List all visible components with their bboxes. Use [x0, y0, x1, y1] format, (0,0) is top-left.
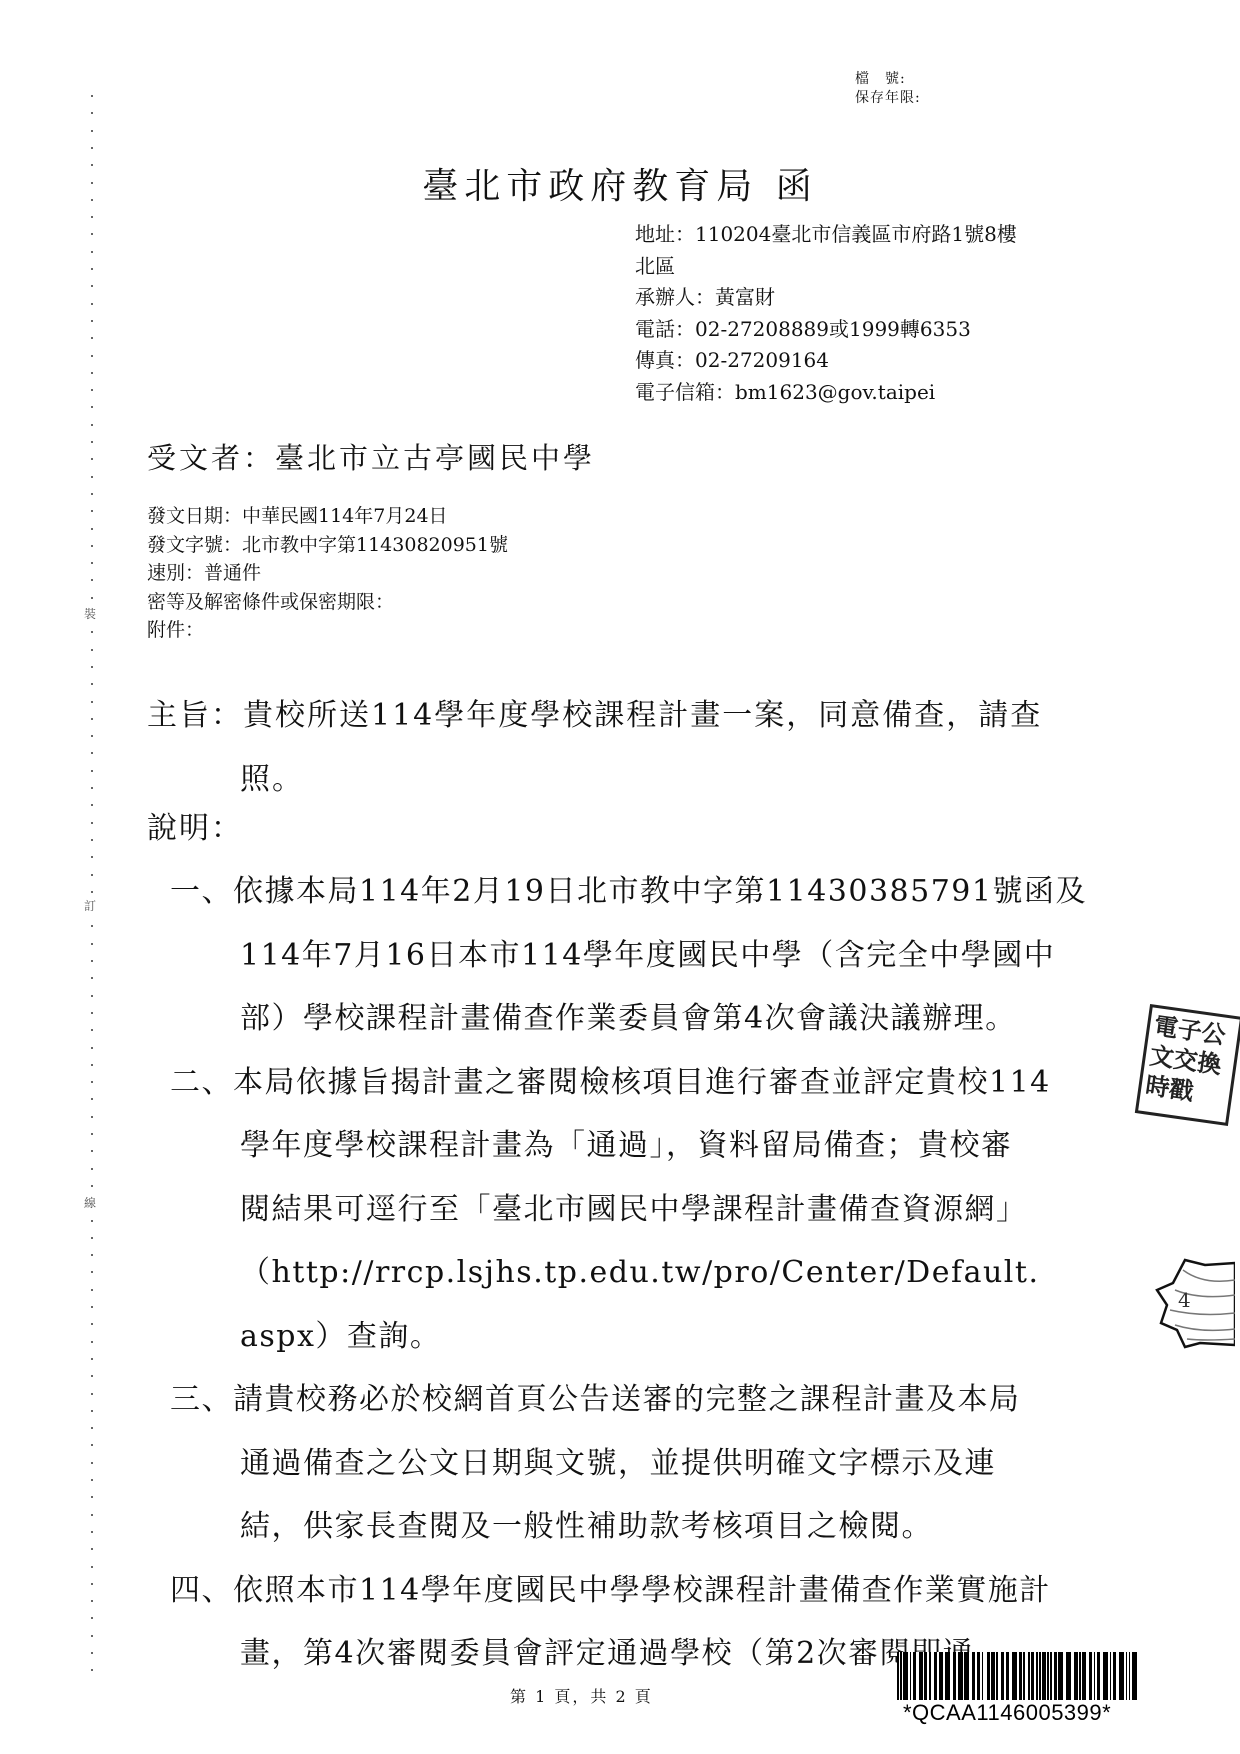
margin-dot	[91, 1323, 93, 1325]
margin-dot	[91, 995, 93, 997]
delivery-speed: 速別：普通件	[147, 559, 508, 588]
margin-dot	[91, 320, 93, 322]
item-line: 三、請貴校務必於校網首頁公告送審的完整之課程計畫及本局	[170, 1368, 1087, 1432]
margin-dot	[91, 1444, 93, 1446]
margin-dot	[91, 770, 93, 772]
issue-date: 發文日期：中華民國114年7月24日	[147, 502, 508, 531]
margin-dot	[91, 891, 93, 893]
margin-dot	[91, 1531, 93, 1533]
margin-dot	[91, 631, 93, 633]
margin-dot	[91, 1635, 93, 1637]
margin-dot	[91, 597, 93, 599]
document-number: 發文字號：北市教中字第11430820951號	[147, 531, 508, 560]
fax-number: 傳真：02-27209164	[635, 345, 1017, 377]
file-number-label: 檔 號:	[855, 70, 921, 89]
margin-dot	[91, 1410, 93, 1412]
document-title: 臺北市政府教育局 函	[0, 158, 1240, 209]
margin-dot	[91, 389, 93, 391]
seal-stamp-icon	[1155, 1255, 1235, 1350]
margin-dot	[91, 130, 93, 132]
phone-number: 電話：02-27208889或1999轉6353	[635, 314, 1017, 346]
explanation-item-1: 一、依據本局114年2月19日北市教中字第11430385791號函及 114年…	[170, 860, 1087, 1051]
barcode-icon	[897, 1652, 1139, 1700]
explanation-header: 說明：	[147, 803, 243, 847]
margin-dot	[91, 1133, 93, 1135]
margin-dot	[91, 476, 93, 478]
stamp-text: 電子公文交換時戳	[1144, 1011, 1228, 1106]
margin-dot	[91, 822, 93, 824]
margin-dot	[91, 406, 93, 408]
margin-dot	[91, 1600, 93, 1602]
item-line: 部）學校課程計畫備查作業委員會第4次會議決議辦理。	[170, 987, 1087, 1051]
margin-dot	[91, 1271, 93, 1273]
binding-mark-zhuang: 裝	[84, 605, 96, 622]
margin-dot	[91, 1116, 93, 1118]
margin-dot	[91, 1427, 93, 1429]
margin-dot	[91, 1168, 93, 1170]
margin-dot	[91, 1514, 93, 1516]
margin-dot	[91, 337, 93, 339]
margin-dot	[91, 1479, 93, 1481]
binding-mark-xian: 線	[84, 1194, 96, 1211]
margin-dot	[91, 1306, 93, 1308]
address-line-1: 地址：110204臺北市信義區市府路1號8樓	[635, 219, 1017, 251]
margin-dot	[91, 493, 93, 495]
margin-dot	[91, 666, 93, 668]
address-line-2: 北區	[635, 251, 1017, 283]
margin-dot	[91, 268, 93, 270]
margin-dot	[91, 1669, 93, 1671]
page-indicator: 第 1 頁，共 2 頁	[510, 1684, 653, 1707]
retention-period-label: 保存年限:	[855, 89, 921, 108]
item-line: 一、依據本局114年2月19日北市教中字第11430385791號函及	[170, 860, 1087, 924]
margin-dot	[91, 701, 93, 703]
subject-line-1: 主旨：貴校所送114學年度學校課程計畫一案，同意備查，請查	[147, 684, 1042, 748]
margin-dot	[91, 960, 93, 962]
margin-dot	[91, 147, 93, 149]
margin-dot	[91, 943, 93, 945]
margin-dot	[91, 1185, 93, 1187]
margin-dot	[91, 718, 93, 720]
margin-dot	[91, 804, 93, 806]
margin-dot	[91, 233, 93, 235]
margin-dot	[91, 1047, 93, 1049]
margin-dot	[91, 424, 93, 426]
margin-dot	[91, 1617, 93, 1619]
item-line: 四、依照本市114學年度國民中學學校課程計畫備查作業實施計	[170, 1559, 1087, 1623]
margin-dot	[91, 1098, 93, 1100]
attachments: 附件：	[147, 616, 508, 645]
margin-dot	[91, 528, 93, 530]
seal-number: 4	[1178, 1288, 1191, 1312]
item-line: 學年度學校課程計畫為「通過」，資料留局備查；貴校審	[170, 1114, 1087, 1178]
explanation-item-3: 三、請貴校務必於校網首頁公告送審的完整之課程計畫及本局 通過備查之公文日期與文號…	[170, 1368, 1087, 1559]
file-info-block: 檔 號: 保存年限:	[855, 70, 921, 108]
margin-dot	[91, 285, 93, 287]
item-line: 二、本局依據旨揭計畫之審閱檢核項目進行審查並評定貴校114	[170, 1051, 1087, 1115]
margin-dot	[91, 510, 93, 512]
margin-dot	[91, 303, 93, 305]
margin-dot	[91, 1064, 93, 1066]
explanation-items: 一、依據本局114年2月19日北市教中字第11430385791號函及 114年…	[170, 860, 1087, 1686]
margin-dot	[91, 683, 93, 685]
binding-margin: 裝 訂 線	[86, 95, 100, 1675]
margin-dot	[91, 1583, 93, 1585]
margin-dot	[91, 562, 93, 564]
margin-dot	[91, 372, 93, 374]
margin-dot	[91, 1012, 93, 1014]
margin-dot	[91, 1289, 93, 1291]
subject-line-2: 照。	[147, 748, 1042, 812]
margin-dot	[91, 251, 93, 253]
document-meta-block: 發文日期：中華民國114年7月24日 發文字號：北市教中字第1143082095…	[147, 502, 508, 645]
margin-dot	[91, 1496, 93, 1498]
electronic-exchange-stamp: 電子公文交換時戳	[1135, 1004, 1240, 1126]
item-line: 閱結果可逕行至「臺北市國民中學課程計畫備查資源網」	[170, 1178, 1087, 1242]
margin-dot	[91, 856, 93, 858]
explanation-item-2: 二、本局依據旨揭計畫之審閱檢核項目進行審查並評定貴校114 學年度學校課程計畫為…	[170, 1051, 1087, 1369]
margin-dot	[91, 1375, 93, 1377]
margin-dot	[91, 1081, 93, 1083]
margin-dot	[91, 1029, 93, 1031]
margin-dot	[91, 545, 93, 547]
margin-dot	[91, 441, 93, 443]
margin-dot	[91, 1548, 93, 1550]
binding-mark-ding: 訂	[84, 897, 96, 914]
classification: 密等及解密條件或保密期限：	[147, 588, 508, 617]
margin-dot	[91, 735, 93, 737]
sender-info-block: 地址：110204臺北市信義區市府路1號8樓 北區 承辦人：黃富財 電話：02-…	[635, 219, 1017, 408]
margin-dot	[91, 355, 93, 357]
margin-dot	[91, 579, 93, 581]
margin-dot	[91, 1652, 93, 1654]
margin-dot	[91, 649, 93, 651]
margin-dot	[91, 216, 93, 218]
recipient: 受文者：臺北市立古亭國民中學	[147, 436, 595, 477]
item-line: 114年7月16日本市114學年度國民中學（含完全中學國中	[170, 924, 1087, 988]
item-line: aspx）查詢。	[170, 1305, 1087, 1369]
margin-dot	[91, 787, 93, 789]
margin-dot	[91, 1358, 93, 1360]
email-address: 電子信箱：bm1623@gov.taipei	[635, 377, 1017, 409]
item-line: 通過備查之公文日期與文號，並提供明確文字標示及連	[170, 1432, 1087, 1496]
margin-dot	[91, 1393, 93, 1395]
margin-dot	[91, 1254, 93, 1256]
barcode-text: *QCAA1146005399*	[903, 1700, 1111, 1726]
margin-dot	[91, 839, 93, 841]
barcode-bar	[1137, 1652, 1139, 1700]
margin-dot	[91, 1220, 93, 1222]
subject-block: 主旨：貴校所送114學年度學校課程計畫一案，同意備查，請查 照。	[147, 684, 1042, 812]
margin-dot	[91, 112, 93, 114]
margin-dot	[91, 1150, 93, 1152]
item-url-line: （http://rrcp.lsjhs.tp.edu.tw/pro/Center/…	[170, 1241, 1087, 1305]
margin-dot	[91, 1566, 93, 1568]
margin-dot	[91, 977, 93, 979]
margin-dot	[91, 1237, 93, 1239]
margin-dot	[91, 874, 93, 876]
item-line: 結，供家長查閱及一般性補助款考核項目之檢閱。	[170, 1495, 1087, 1559]
margin-dot	[91, 1462, 93, 1464]
margin-dot	[91, 458, 93, 460]
margin-dot	[91, 752, 93, 754]
margin-dot	[91, 1341, 93, 1343]
margin-dot	[91, 95, 93, 97]
contact-person: 承辦人：黃富財	[635, 282, 1017, 314]
margin-dot	[91, 925, 93, 927]
